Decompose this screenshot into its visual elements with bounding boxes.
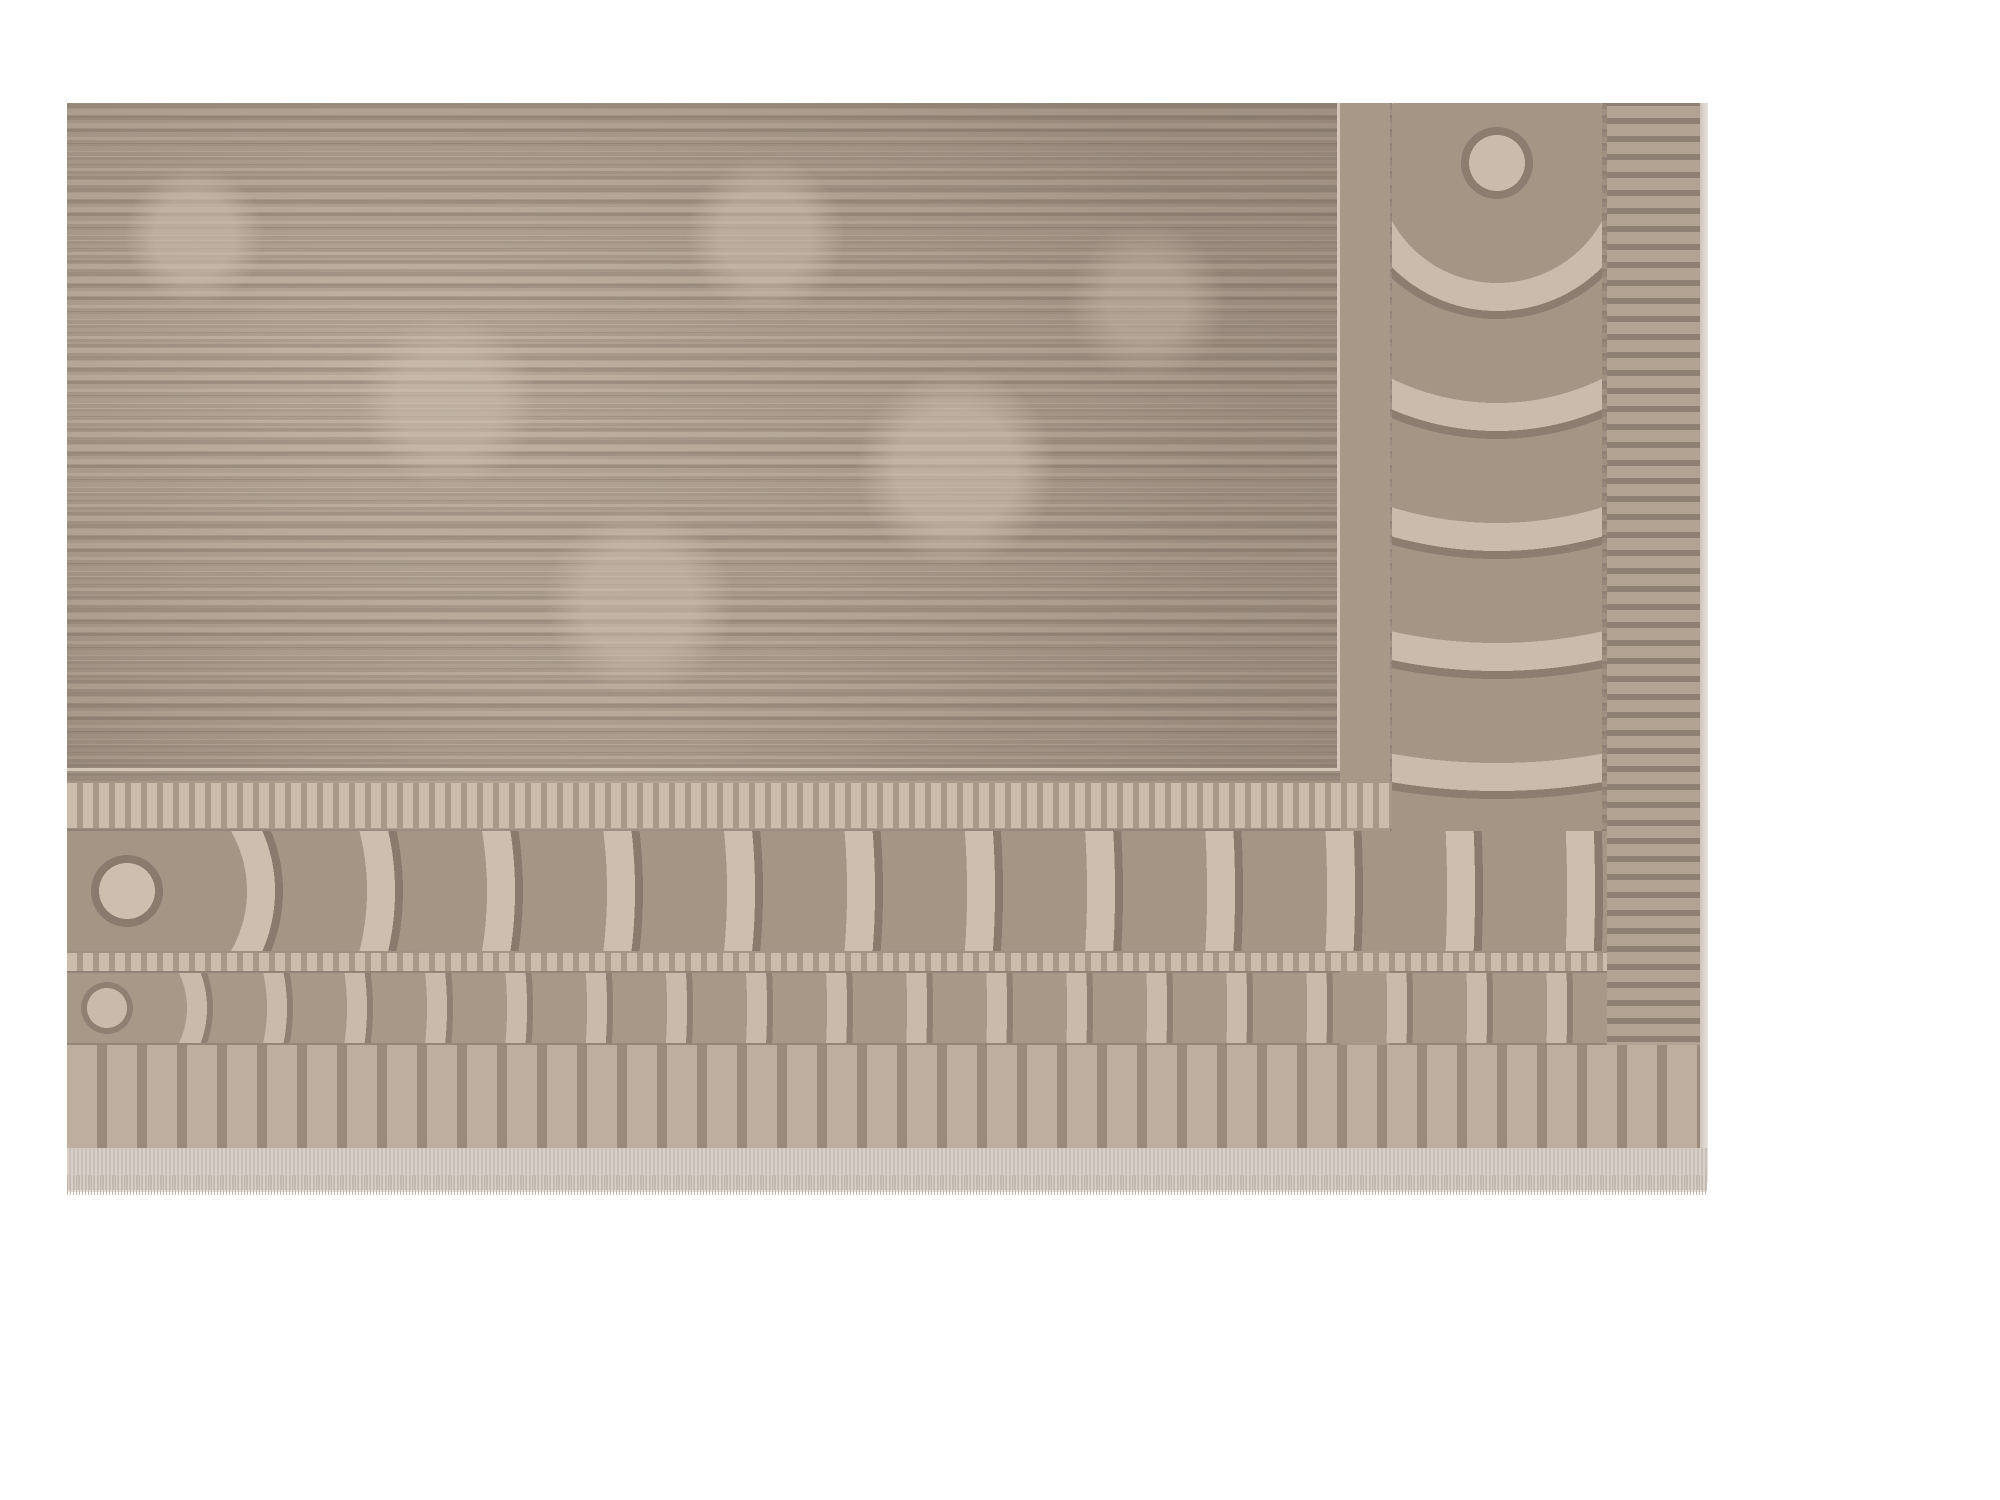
rug-border-bottom-secondary (67, 973, 1607, 1043)
rug-fringe (67, 1175, 1707, 1195)
rug-border-right-outer (1607, 103, 1707, 1168)
rug-side-binding (1700, 103, 1708, 1183)
rug-center-field (67, 103, 1337, 768)
rug-guard-stripe (67, 783, 1392, 828)
rug-border-right-main (1392, 103, 1602, 893)
inner-frame-line (67, 768, 1337, 771)
rug-guard-stripe (67, 953, 1607, 971)
rug-photo (67, 103, 1707, 1168)
rug-border-bottom-main (67, 831, 1607, 951)
